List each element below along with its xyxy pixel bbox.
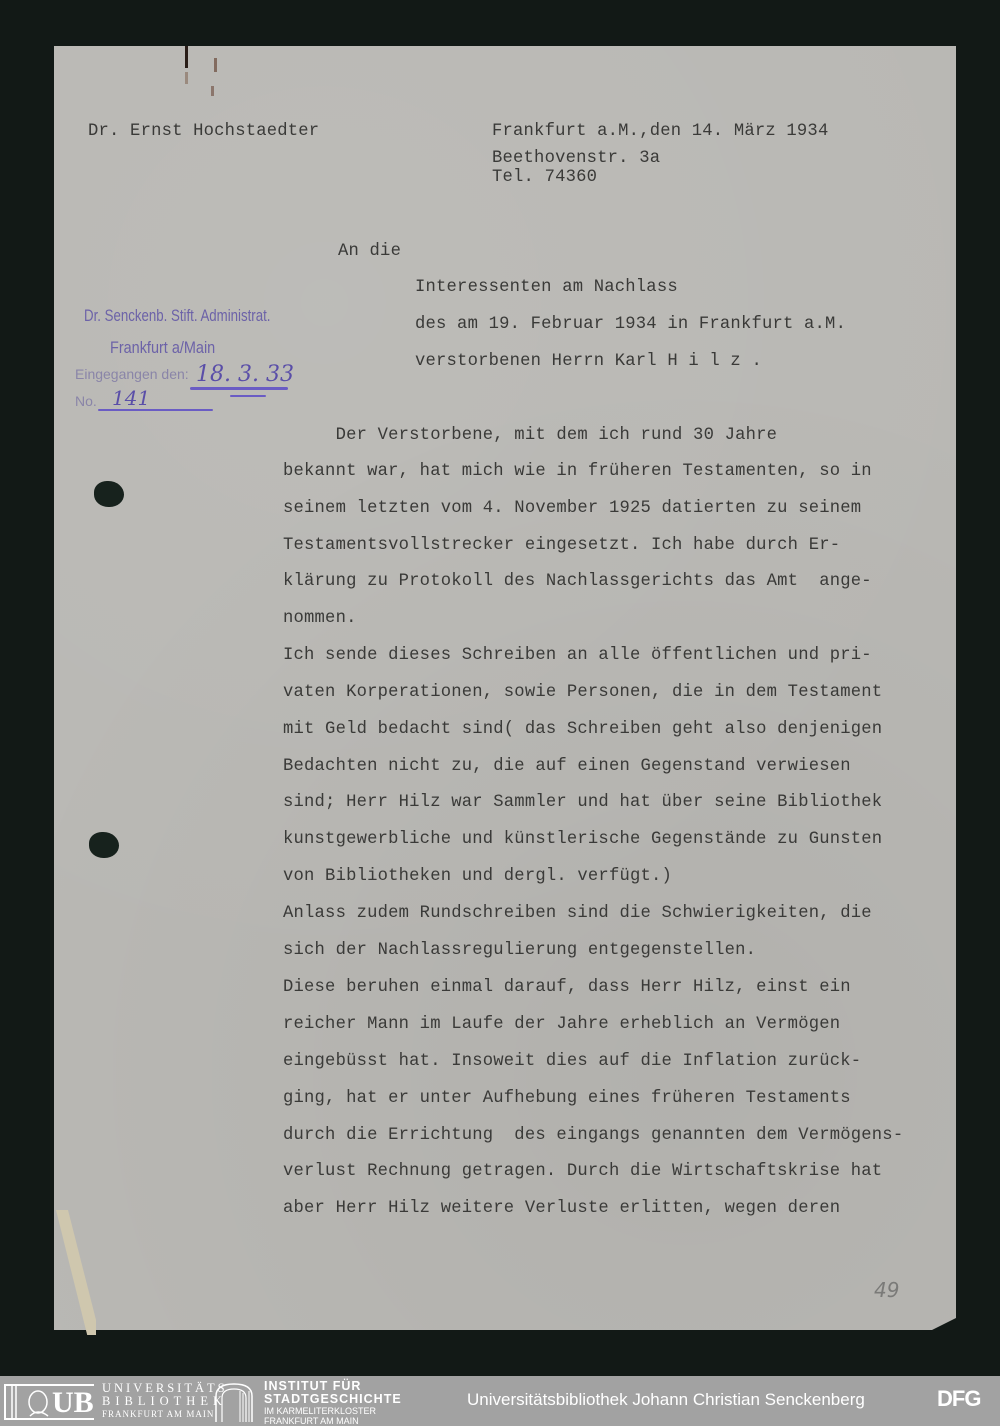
paper-tear-mark xyxy=(211,86,214,96)
punch-hole xyxy=(94,481,124,507)
goethe-portrait-icon xyxy=(8,1386,52,1418)
body-line: Diese beruhen einmal darauf, dass Herr H… xyxy=(283,978,851,998)
pencil-page-number: 49 xyxy=(874,1278,899,1302)
isg-arch-icon xyxy=(214,1382,254,1422)
sender-address: Beethovenstr. 3a xyxy=(492,149,660,169)
recipient-line-2: des am 19. Februar 1934 in Frankfurt a.M… xyxy=(415,315,846,335)
ub-name-line-2: BIBLIOTHEK xyxy=(102,1395,228,1408)
ub-letters: UB xyxy=(52,1386,94,1420)
sender-phone: Tel. 74360 xyxy=(492,168,597,188)
body-line: bekannt war, hat mich wie in früheren Te… xyxy=(283,462,872,482)
body-line: aber Herr Hilz weitere Verluste erlitten… xyxy=(283,1199,840,1219)
body-line: Ich sende dieses Schreiben an alle öffen… xyxy=(283,646,872,666)
recipient-line-3: verstorbenen Herrn Karl H i l z . xyxy=(415,352,762,372)
body-line: nommen. xyxy=(283,609,357,629)
body-line: Bedachten nicht zu, die auf einen Gegens… xyxy=(283,757,851,777)
body-line: mit Geld bedacht sind( das Schreiben geh… xyxy=(283,720,882,740)
body-line: Anlass zudem Rundschreiben sind die Schw… xyxy=(283,904,872,924)
paper-tear-mark xyxy=(185,72,188,84)
stamp-number-value: 141 xyxy=(112,386,150,410)
body-line: Der Verstorbene, mit dem ich rund 30 Jah… xyxy=(283,426,777,446)
paper-tear-mark xyxy=(185,46,188,68)
isg-logo-text[interactable]: INSTITUT FÜR STADTGESCHICHTE IM KARMELIT… xyxy=(264,1380,402,1426)
recipient-salutation: An die xyxy=(338,242,401,262)
dfg-logo[interactable]: DFG xyxy=(937,1386,980,1412)
body-line: ging, hat er unter Aufhebung eines frühe… xyxy=(283,1089,851,1109)
body-line: sich der Nachlassregulierung entgegenste… xyxy=(283,941,756,961)
stamp-received-label: Eingegangen den: xyxy=(75,366,189,382)
stamp-underline xyxy=(98,409,213,411)
stamp-received-date: 18. 3. 33 xyxy=(196,362,294,387)
stamp-underline xyxy=(230,395,266,397)
ub-name-line-3: FRANKFURT AM MAIN xyxy=(102,1408,228,1420)
body-line: seinem letzten vom 4. November 1925 dati… xyxy=(283,499,861,519)
ub-name: UNIVERSITÄTS BIBLIOTHEK FRANKFURT AM MAI… xyxy=(102,1382,228,1420)
punch-hole xyxy=(89,832,119,858)
stamp-underline xyxy=(190,387,288,390)
body-line: kunstgewerbliche und künstlerische Gegen… xyxy=(283,830,882,850)
body-line: Testamentsvollstrecker eingesetzt. Ich h… xyxy=(283,536,840,556)
isg-line-3: IM KARMELITERKLOSTER xyxy=(264,1406,402,1416)
place-date: Frankfurt a.M.,den 14. März 1934 xyxy=(492,122,828,142)
body-line: reicher Mann im Laufe der Jahre erheblic… xyxy=(283,1015,840,1035)
body-line: durch die Errichtung des eingangs genann… xyxy=(283,1126,903,1146)
body-line: verlust Rechnung getragen. Durch die Wir… xyxy=(283,1162,882,1182)
body-line: von Bibliotheken und dergl. verfügt.) xyxy=(283,867,672,887)
stamp-city: Frankfurt a/Main xyxy=(110,338,215,358)
body-line: klärung zu Protokoll des Nachlassgericht… xyxy=(283,572,872,592)
footer-library-title[interactable]: Universitätsbibliothek Johann Christian … xyxy=(467,1390,865,1410)
sender-name: Dr. Ernst Hochstaedter xyxy=(88,122,319,142)
ub-logo[interactable]: UB UNIVERSITÄTS BIBLIOTHEK FRANKFURT AM … xyxy=(4,1382,204,1422)
stamp-institution: Dr. Senckenb. Stift. Administrat. xyxy=(84,306,270,326)
stamp-number-label: No. xyxy=(75,393,97,409)
recipient-line-1: Interessenten am Nachlass xyxy=(415,278,678,298)
body-line: vaten Korperationen, sowie Personen, die… xyxy=(283,683,882,703)
body-line: eingebüsst hat. Insoweit dies auf die In… xyxy=(283,1052,861,1072)
paper-tear-mark xyxy=(214,58,217,72)
footer-bar: UB UNIVERSITÄTS BIBLIOTHEK FRANKFURT AM … xyxy=(0,1376,1000,1426)
body-line: sind; Herr Hilz war Sammler und hat über… xyxy=(283,793,882,813)
isg-line-4: FRANKFURT AM MAIN xyxy=(264,1416,402,1426)
isg-line-2: STADTGESCHICHTE xyxy=(264,1393,402,1406)
